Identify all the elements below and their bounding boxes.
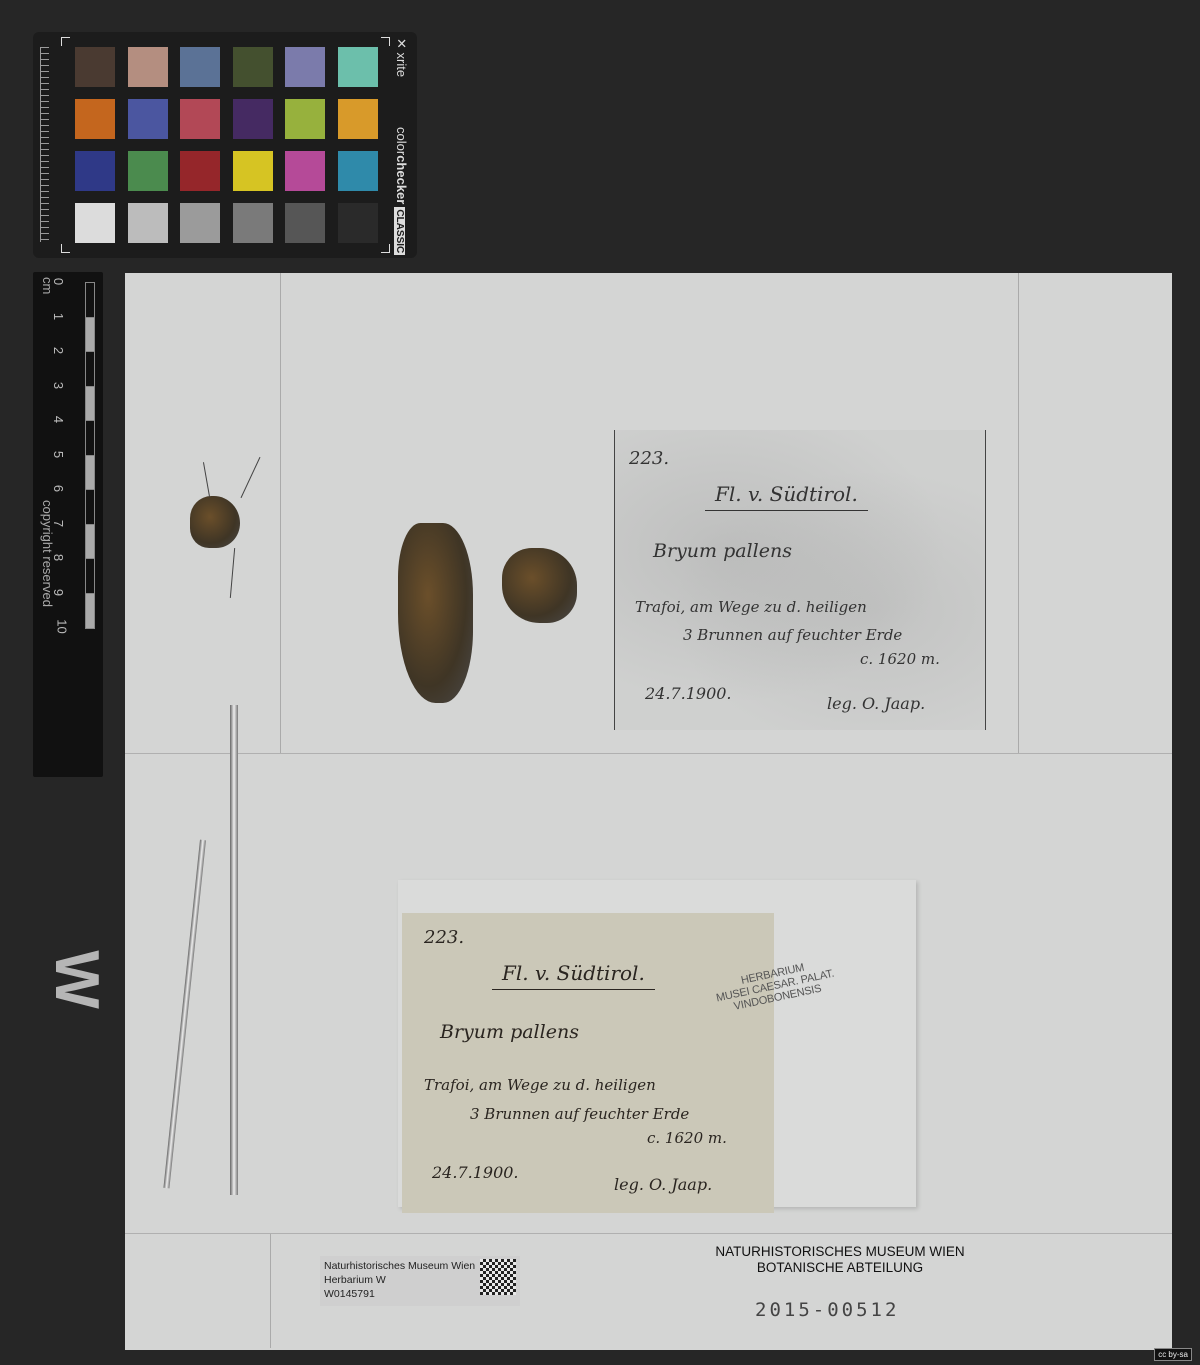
cm-segment	[85, 489, 95, 525]
color-patch	[233, 99, 273, 139]
color-patch	[180, 203, 220, 243]
cm-segment	[85, 386, 95, 422]
moss-specimen-small	[190, 496, 240, 548]
color-checker-card: ✕ xrite colorcheckerCLASSIC	[33, 32, 417, 258]
cm-tick-label: 3	[51, 381, 66, 388]
color-patch	[75, 99, 115, 139]
qr-code-icon	[480, 1259, 516, 1295]
label-elevation: c. 1620 m.	[860, 650, 940, 668]
crop-corner	[61, 37, 70, 46]
cm-segment	[85, 351, 95, 387]
label-number: 223.	[424, 927, 464, 948]
color-patch	[285, 99, 325, 139]
color-patch	[180, 151, 220, 191]
tweezers-right-arm	[230, 705, 238, 1195]
label-locality: Trafoi, am Wege zu d. heiligen	[424, 1076, 656, 1094]
color-patch	[128, 47, 168, 87]
photocopy-label: 223. Fl. v. Südtirol. Bryum pallens Traf…	[614, 430, 986, 730]
label-title: Fl. v. Südtirol.	[492, 961, 655, 990]
color-patch	[128, 99, 168, 139]
cm-segment	[85, 558, 95, 594]
label-collector: leg. O. Jaap.	[614, 1175, 712, 1194]
color-patch	[75, 203, 115, 243]
catalog-number: W0145791	[324, 1288, 375, 1300]
label-locality: 3 Brunnen auf feuchter Erde	[470, 1105, 689, 1123]
label-elevation: c. 1620 m.	[647, 1129, 727, 1147]
label-species: Bryum pallens	[440, 1021, 579, 1043]
color-patch	[75, 151, 115, 191]
cm-tick-label: 10	[55, 619, 70, 633]
cm-tick-label: 2	[51, 347, 66, 354]
institution-name: Naturhistorisches Museum Wien	[324, 1260, 475, 1272]
color-patch	[338, 203, 378, 243]
color-patch	[338, 151, 378, 191]
color-patch	[233, 47, 273, 87]
herbarium-name: Herbarium W	[324, 1274, 386, 1286]
xrite-logo: ✕ xrite	[393, 38, 409, 77]
cm-segment	[85, 593, 95, 629]
fold-line	[1018, 273, 1019, 753]
label-species: Bryum pallens	[653, 540, 792, 562]
cm-segment	[85, 524, 95, 560]
color-patch	[180, 47, 220, 87]
color-patch	[338, 47, 378, 87]
cm-segment	[85, 455, 95, 491]
cm-segment	[85, 282, 95, 318]
museum-name: NATURHISTORISCHES MUSEUM WIEN	[680, 1244, 1000, 1259]
cm-segment	[85, 317, 95, 353]
crop-corner	[381, 244, 390, 253]
fold-line	[125, 753, 1172, 754]
color-patch	[285, 203, 325, 243]
color-patch	[180, 99, 220, 139]
moss-specimen-medium	[502, 548, 577, 623]
label-collector: leg. O. Jaap.	[827, 694, 925, 713]
cm-segment	[85, 420, 95, 456]
label-number: 223.	[629, 448, 669, 469]
label-locality: 3 Brunnen auf feuchter Erde	[683, 626, 902, 644]
fold-line	[280, 273, 281, 753]
cc-license-badge: cc by-sa	[1154, 1348, 1192, 1361]
label-title: Fl. v. Südtirol.	[705, 482, 868, 511]
checker-ruler	[40, 47, 49, 242]
original-label: 223. Fl. v. Südtirol. Bryum pallens Traf…	[402, 913, 774, 1213]
color-patch	[233, 203, 273, 243]
color-patch	[285, 47, 325, 87]
color-patch	[285, 151, 325, 191]
fold-line	[270, 1233, 271, 1348]
color-patch	[128, 151, 168, 191]
copyright-notice: copyright reserved	[40, 500, 55, 607]
museum-header: NATURHISTORISCHES MUSEUM WIEN BOTANISCHE…	[680, 1244, 1000, 1284]
fold-line	[125, 1233, 1172, 1234]
checker-brand-name: colorcheckerCLASSIC	[394, 127, 409, 255]
crop-corner	[381, 37, 390, 46]
label-date: 24.7.1900.	[645, 684, 732, 703]
crop-corner	[61, 244, 70, 253]
accession-number: 2015-00512	[755, 1299, 899, 1321]
label-date: 24.7.1900.	[432, 1163, 519, 1182]
department-name: BOTANISCHE ABTEILUNG	[680, 1260, 1000, 1275]
color-patch	[75, 47, 115, 87]
herbarium-w-logo: W	[41, 950, 112, 1009]
cm-tick-label: 6	[51, 485, 66, 492]
color-patch	[128, 203, 168, 243]
label-locality: Trafoi, am Wege zu d. heiligen	[635, 598, 867, 616]
cm-tick-label: 1	[51, 312, 66, 319]
cm-tick-label: 5	[51, 450, 66, 457]
cm-scale-bar: cm 012345678910 copyright reserved W	[33, 272, 103, 777]
moss-specimen-large	[398, 523, 473, 703]
cm-tick-label: 0	[51, 278, 66, 285]
color-patch	[233, 151, 273, 191]
color-patch	[338, 99, 378, 139]
cm-tick-label: 4	[51, 416, 66, 423]
barcode-label: Naturhistorisches Museum Wien Herbarium …	[320, 1256, 520, 1306]
